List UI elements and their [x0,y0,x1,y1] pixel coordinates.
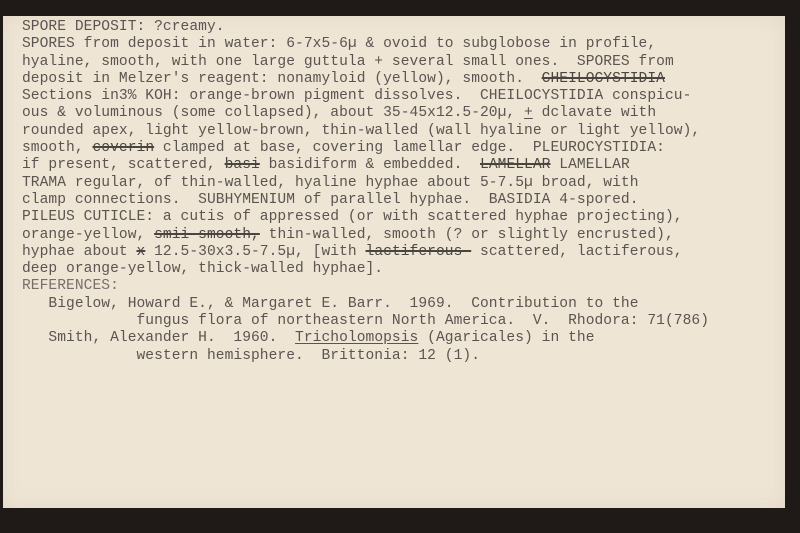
text-line: TRAMA regular, of thin-walled, hyaline h… [22,175,709,192]
card-text: SPORE DEPOSIT: ?creamy.SPORES from depos… [22,19,709,365]
text-segment: PILEUS CUTICLE: a cutis of appressed (or… [22,209,683,225]
underlined-text: + [524,105,533,121]
text-segment: SPORES from deposit in water: 6-7x5-6µ &… [22,36,656,52]
text-line: hyphae about x 12.5-30x3.5-7.5µ, [with l… [22,244,709,261]
struck-text: smii-smooth, [154,227,260,243]
struck-text: basi [225,157,260,173]
text-segment: fungus flora of northeastern North Ameri… [22,313,709,329]
text-line: Bigelow, Howard E., & Margaret E. Barr. … [22,296,709,313]
text-segment: orange-yellow, [22,227,154,243]
text-line: fungus flora of northeastern North Ameri… [22,313,709,330]
text-segment: Bigelow, Howard E., & Margaret E. Barr. … [22,296,639,312]
text-segment: dclavate with [533,105,656,121]
text-segment: deposit in Melzer's reagent: nonamyloid … [22,71,542,87]
struck-text: LAMELLAR [480,157,550,173]
text-segment: REFERENCES: [22,278,119,294]
text-line: western hemisphere. Brittonia: 12 (1). [22,348,709,365]
text-segment: 12.5-30x3.5-7.5µ, [with [145,244,365,260]
text-line: PILEUS CUTICLE: a cutis of appressed (or… [22,209,709,226]
text-line: deep orange-yellow, thick-walled hyphae]… [22,261,709,278]
text-line: Sections in3% KOH: orange-brown pigment … [22,88,709,105]
text-line: smooth, coverin clamped at base, coverin… [22,140,709,157]
text-segment: deep orange-yellow, thick-walled hyphae]… [22,261,383,277]
text-line: Smith, Alexander H. 1960. Tricholomopsis… [22,330,709,347]
text-segment: thin-walled, smooth (? or slightly encru… [260,227,674,243]
text-segment: clamped at base, covering lamellar edge.… [154,140,665,156]
index-card: SPORE DEPOSIT: ?creamy.SPORES from depos… [3,16,785,508]
text-segment: smooth, [22,140,92,156]
text-segment: (Agaricales) in the [418,330,594,346]
struck-text: CHEILOCYSTIDIA [542,71,665,87]
text-line: rounded apex, light yellow-brown, thin-w… [22,123,709,140]
text-segment: TRAMA regular, of thin-walled, hyaline h… [22,175,639,191]
text-segment: if present, scattered, [22,157,225,173]
text-line: ous & voluminous (some collapsed), about… [22,105,709,122]
struck-text: coverin [92,140,154,156]
underlined-text: Tricholomopsis [295,330,418,346]
text-segment: rounded apex, light yellow-brown, thin-w… [22,123,700,139]
text-segment: basidiform & embedded. [260,157,480,173]
text-line: SPORES from deposit in water: 6-7x5-6µ &… [22,36,709,53]
text-line: SPORE DEPOSIT: ?creamy. [22,19,709,36]
text-segment: Smith, Alexander H. 1960. [22,330,295,346]
text-segment: clamp connections. SUBHYMENIUM of parall… [22,192,639,208]
struck-text: lactiferous- [366,244,472,260]
text-segment: hyaline, smooth, with one large guttula … [22,54,674,70]
text-segment: hyphae about [22,244,137,260]
text-segment: western hemisphere. Brittonia: 12 (1). [22,348,480,364]
text-segment: scattered, lactiferous, [471,244,682,260]
text-line: REFERENCES: [22,278,709,295]
struck-text: x [137,244,146,260]
text-line: clamp connections. SUBHYMENIUM of parall… [22,192,709,209]
text-line: hyaline, smooth, with one large guttula … [22,54,709,71]
text-line: deposit in Melzer's reagent: nonamyloid … [22,71,709,88]
text-segment: ous & voluminous (some collapsed), about… [22,105,524,121]
text-segment: Sections in3% KOH: orange-brown pigment … [22,88,691,104]
text-line: if present, scattered, basi basidiform &… [22,157,709,174]
text-segment: LAMELLAR [550,157,629,173]
text-segment: SPORE DEPOSIT: ?creamy. [22,19,225,35]
text-line: orange-yellow, smii-smooth, thin-walled,… [22,227,709,244]
